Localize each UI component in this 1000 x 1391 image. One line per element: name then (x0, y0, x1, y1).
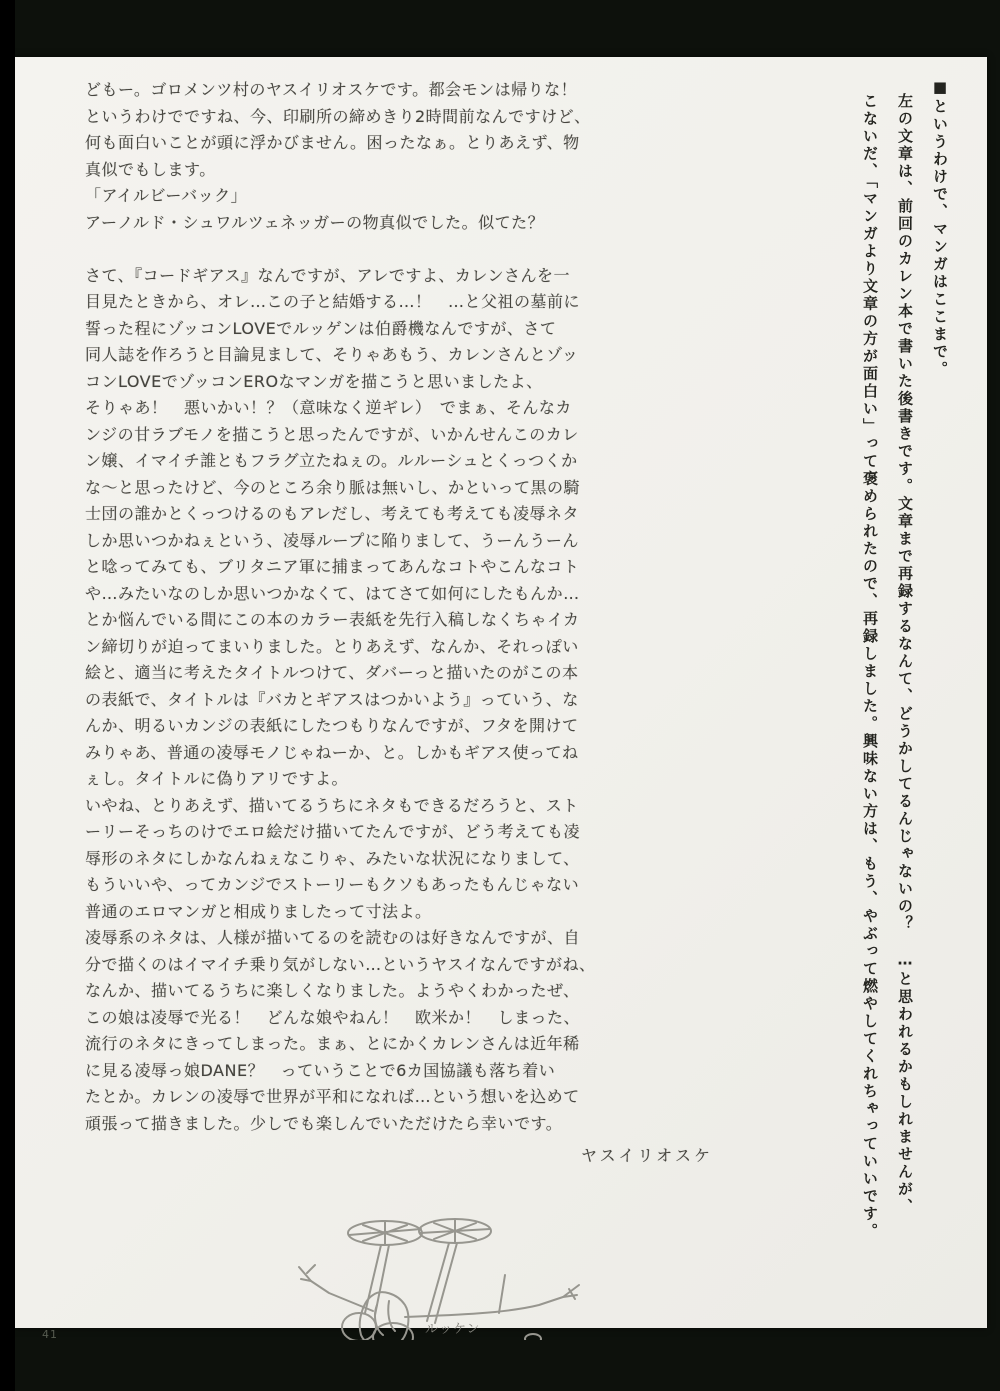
page-number: 41 (42, 1328, 58, 1341)
handwritten-line: ンジの甘ラブモノを描こうと思ったんですが、いかんせんこのカレ (85, 422, 715, 449)
margin-note-column-2: 左の文章は、前回のカレン本で書いた後書きです。文章まで再録するなんて、どうかして… (894, 78, 916, 1148)
handwritten-line: んか、明るいカンジの表紙にしたつもりなんですが、フタを開けて (85, 713, 715, 740)
handwritten-line: ーリーそっちのけでエロ絵だけ描いてたんですが、どう考えても凌 (85, 819, 715, 846)
margin-note-column-3: こないだ、「マンガより文章の方が面白い」って褒められたので、再録しました。興味な… (859, 78, 881, 1148)
handwritten-line: 真似でもします。 (85, 157, 715, 184)
handwritten-line: 誓った程にゾッコンLOVEでルッゲンは伯爵機なんですが、さて (85, 316, 715, 343)
doodle-label: ルッケン (425, 1322, 480, 1337)
handwritten-line: 士団の誰かとくっつけるのもアレだし、考えても考えても凌辱ネタ (85, 501, 715, 528)
handwritten-line: コンLOVEでゾッコンEROなマンガを描こうと思いましたよ、 (85, 369, 715, 396)
handwritten-line: 流行のネタにきってしまった。まぁ、とにかくカレンさんは近年稀 (85, 1031, 715, 1058)
handwritten-line: どもー。ゴロメンツ村のヤスイリオスケです。都会モンは帰りな！ (85, 77, 715, 104)
handwritten-line: 普通のエロマンガと相成りましたって寸法よ。 (85, 899, 715, 926)
handwritten-line: 何も面白いことが頭に浮かびません。困ったなぁ。とりあえず、物 (85, 130, 715, 157)
doujinshi-afterword-page: どもー。ゴロメンツ村のヤスイリオスケです。都会モンは帰りな！というわけでですね、… (15, 57, 987, 1328)
handwritten-line: 辱形のネタにしかなんねぇなこりゃ、みたいな状況になりまして、 (85, 846, 715, 873)
handwritten-line: アーノルド・シュワルツェネッガーの物真似でした。似てた？ (85, 210, 715, 237)
handwritten-line: と唸ってみても、ブリタニア軍に捕まってあんなコトやこんなコト (85, 554, 715, 581)
handwritten-line: 頑張って描きました。少しでも楽しんでいただけたら幸いです。 (85, 1111, 715, 1138)
handwritten-line: ン嬢、イマイチ誰ともフラグ立たねぇの。ルルーシュとくっつくか (85, 448, 715, 475)
margin-note-vertical: ■というわけで、マンガはここまで。 左の文章は、前回のカレン本で書いた後書きです… (846, 78, 951, 1148)
handwritten-line: 絵と、適当に考えたタイトルつけて、ダバーっと描いたのがこの本 (85, 660, 715, 687)
handwritten-line: 凌辱系のネタは、人様が描いてるのを読むのは好きなんですが、自 (85, 925, 715, 952)
handwritten-line: 「アイルビーバック」 (85, 183, 715, 210)
handwritten-line: ン締切りが迫ってまいりました。とりあえず、なんか、それっぽい (85, 634, 715, 661)
handwritten-line: いやね、とりあえず、描いてるうちにネタもできるだろうと、スト (85, 793, 715, 820)
handwritten-line: の表紙で、タイトルは『バカとギアスはつかいよう』っていう、な (85, 687, 715, 714)
handwritten-line: なんか、描いてるうちに楽しくなりました。ようやくわかったぜ、 (85, 978, 715, 1005)
handwritten-line: たとか。カレンの凌辱で世界が平和になれば…という想いを込めて (85, 1084, 715, 1111)
handwritten-line: もういいや、ってカンジでストーリーもクソもあったもんじゃない (85, 872, 715, 899)
handwritten-line: や…みたいなのしか思いつかなくて、はてさて如何にしたもんか… (85, 581, 715, 608)
handwritten-line: しか思いつかねぇという、凌辱ループに陥りまして、うーんうーん (85, 528, 715, 555)
handwritten-line: そりゃあ！ 悪いかい！？（意味なく逆ギレ） でまぁ、そんなカ (85, 395, 715, 422)
handwritten-line: 分で描くのはイマイチ乗り気がしない…というヤスイなんですがね、 (85, 952, 715, 979)
afterword-text: どもー。ゴロメンツ村のヤスイリオスケです。都会モンは帰りな！というわけでですね、… (85, 77, 715, 1166)
handwritten-line: ぇし。タイトルに偽りアリですよ。 (85, 766, 715, 793)
handwritten-line (85, 236, 715, 263)
handwritten-line: みりゃあ、普通の凌辱モノじゃねーか、と。しかもギアス使ってね (85, 740, 715, 767)
handwritten-line: この娘は凌辱で光る！ どんな娘やねん！ 欧米か！ しまった、 (85, 1005, 715, 1032)
handwritten-line: 同人誌を作ろうと目論見まして、そりゃあもう、カレンさんとゾッ (85, 342, 715, 369)
handwritten-line: さて、『コードギアス』なんですが、アレですよ、カレンさんを一 (85, 263, 715, 290)
margin-note-column-1: ■というわけで、マンガはここまで。 (929, 78, 951, 1148)
handwritten-line: とか悩んでいる間にこの本のカラー表紙を先行入稿しなくちゃイカ (85, 607, 715, 634)
handwritten-line: というわけでですね、今、印刷所の締めきり2時間前なんですけど、 (85, 104, 715, 131)
mecha-doodle-sketch: ルッケン (277, 1155, 607, 1340)
handwritten-line: に見る凌辱っ娘DANE？ っていうことで6カ国協議も落ち着い (85, 1058, 715, 1085)
handwritten-line: な〜と思ったけど、今のところ余り脈は無いし、かといって黒の騎 (85, 475, 715, 502)
handwritten-line: 目見たときから、オレ…この子と結婚する…！ …と父祖の墓前に (85, 289, 715, 316)
